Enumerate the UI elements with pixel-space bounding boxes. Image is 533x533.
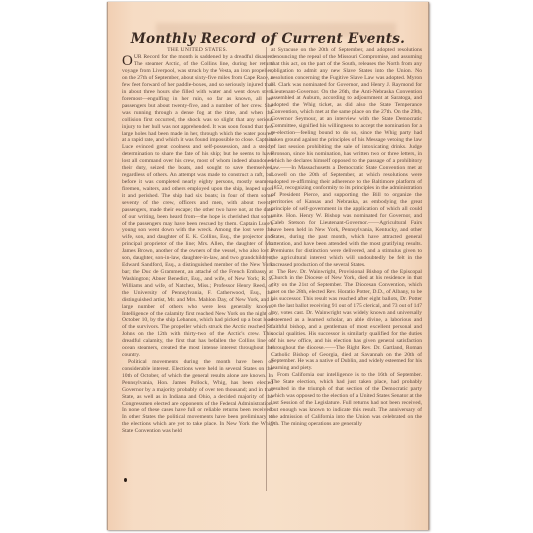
page-title: Monthly Record of Current Events. [108, 31, 428, 47]
paragraph-conventions: at Syracuse on the 20th of September, an… [271, 47, 422, 269]
paragraph-bishop-wainwright: The Rev. Dr. Wainwright, Provisional Bis… [271, 269, 422, 373]
section-heading: THE UNITED STATES. [122, 47, 273, 54]
left-column: THE UNITED STATES. O UR Record for the m… [122, 47, 273, 491]
column-divider [266, 47, 267, 491]
paragraph-california: From California our intelligence is to t… [271, 372, 422, 427]
right-column: at Syracuse on the 20th of September, an… [271, 47, 422, 491]
paragraph-arctic-disaster: UR Record for the month is saddened by a… [122, 54, 273, 359]
document-page: Monthly Record of Current Events. THE UN… [107, 2, 429, 530]
ink-blot [124, 478, 127, 482]
drop-cap: O [122, 55, 133, 67]
paragraph-political-movements: Political movements during the month hav… [122, 359, 273, 435]
